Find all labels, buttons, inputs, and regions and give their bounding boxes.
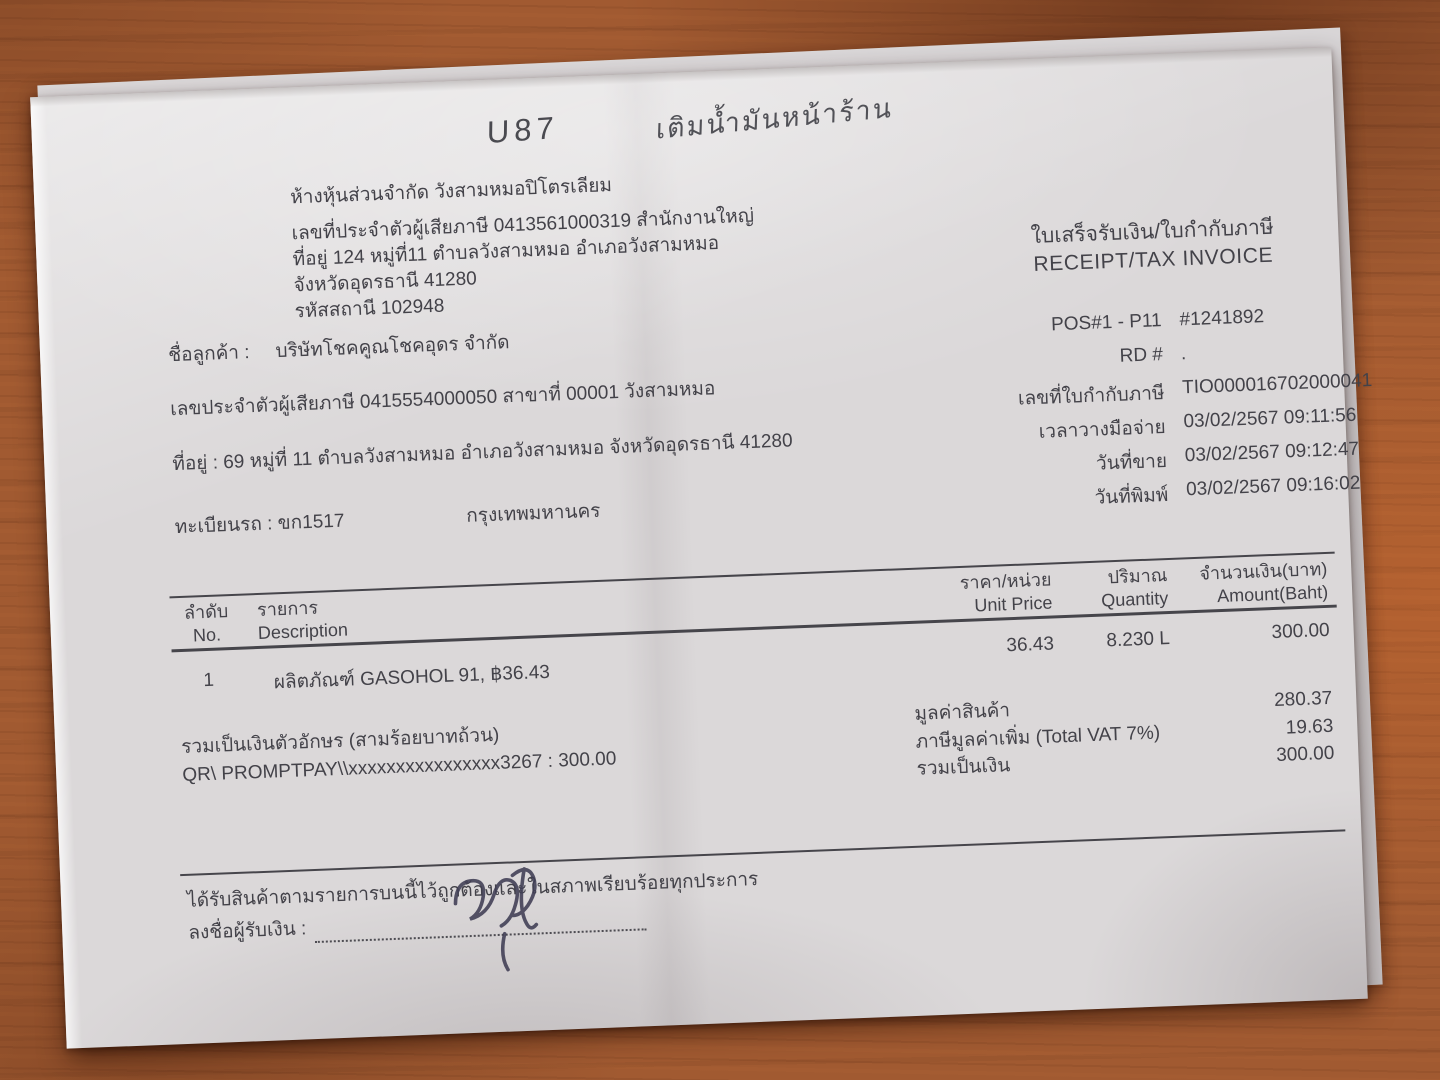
handwritten-code: U87 [487,110,559,151]
column-header-no-en: No. [175,623,240,648]
column-header-amount: จำนวนเงิน(บาท) Amount(Baht) [1127,558,1329,612]
grand-total-label: รวมเป็นเงิน [916,752,1011,783]
vat-value: 19.63 [1285,712,1334,741]
customer-tax-id-row: เลขประจำตัวผู้เสียภาษี 0415554000050 สาข… [170,373,716,424]
vehicle-registration-row: ทะเบียนรถ : ขก1517 กรุงเทพมหานคร [174,496,601,542]
column-header-description: รายการ Description [257,596,349,645]
customer-name-label: ชื่อลูกค้า : [168,337,250,370]
rd-number-value: . [1180,343,1186,365]
totals-block: มูลค่าสินค้า 280.37 ภาษีมูลค่าเพิ่ม (Tot… [914,685,1335,783]
item-row-description: ผลิตภัณฑ์ GASOHOL 91, ฿36.43 [273,657,550,698]
photo-of-receipt-on-wood-table: { "scene": { "description": "Photo of a … [0,0,1440,1080]
document-meta-block: POS#1 - P11 #1241892 RD # . เลขที่ใบกำกั… [851,303,1344,526]
customer-address-row: ที่อยู่ : 69 หมู่ที่ 11 ตำบลวังสามหมอ อำ… [172,425,793,479]
grand-total-value: 300.00 [1276,740,1335,770]
document-title-block: ใบเสร็จรับเงิน/ใบกำกับภาษี RECEIPT/TAX I… [966,211,1340,281]
signature-label: ลงชื่อผู้รับเงิน : [188,913,307,948]
signature-scribble [437,843,582,988]
vendor-block: ห้างหุ้นส่วนจำกัด วังสามหมอปิโตรเลียม เล… [290,165,815,325]
subtotal-value: 280.37 [1274,685,1333,715]
column-header-no: ลำดับ No. [174,600,240,648]
column-header-no-th: ลำดับ [174,600,239,625]
column-header-description-en: Description [258,619,349,645]
pos-terminal-label: POS#1 - P11 [851,310,1162,344]
customer-name: บริษัทโชคคูณโชคอุดร จำกัด [275,327,510,366]
vehicle-registration: ทะเบียนรถ : ขก1517 [174,506,345,542]
handwritten-note: เติมน้ำมันหน้าร้าน [655,86,893,151]
customer-name-row: ชื่อลูกค้า : บริษัทโชคคูณโชคอุดร จำกัด [168,327,510,370]
vehicle-province: กรุงเทพมหานคร [466,496,601,531]
receipt-sheet: U87 เติมน้ำมันหน้าร้าน ห้างหุ้นส่วนจำกัด… [30,47,1368,1048]
item-row-no: 1 [176,669,241,693]
footer-rule [180,829,1345,875]
item-row-amount: 300.00 [1129,620,1330,650]
pos-receipt-number: #1241892 [1179,306,1264,331]
subtotal-label: มูลค่าสินค้า [914,697,1011,728]
